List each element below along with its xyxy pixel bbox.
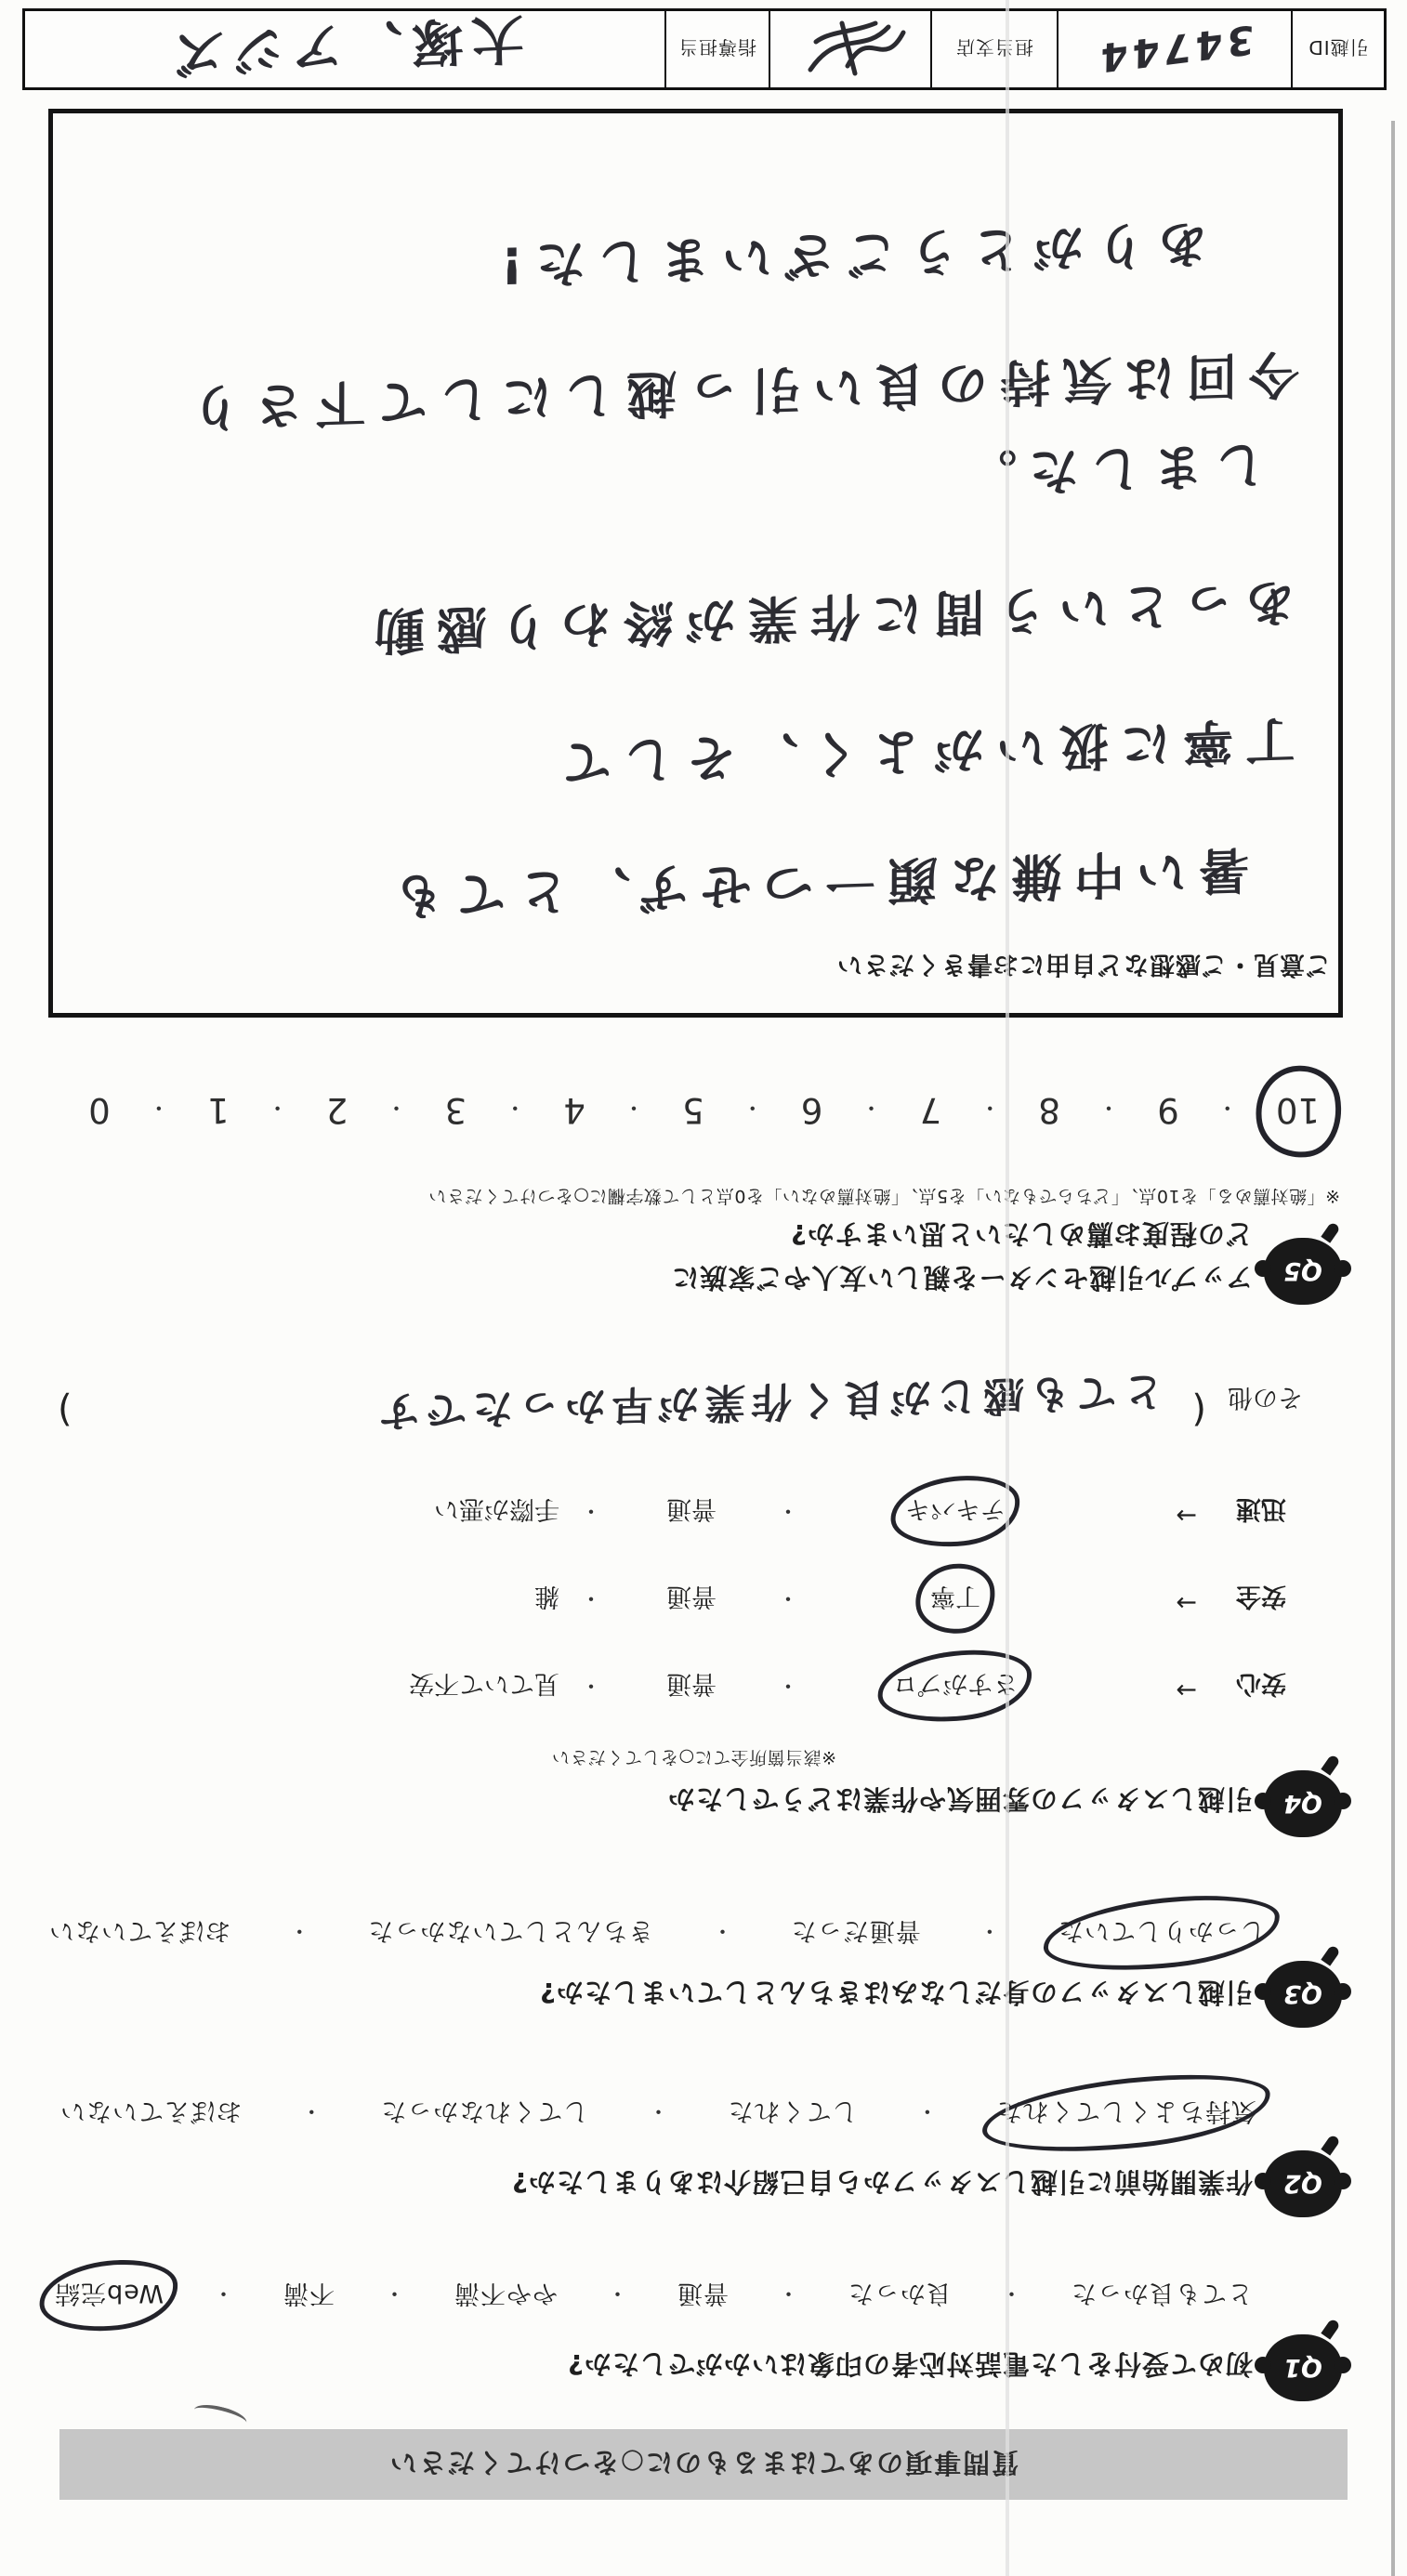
q1-option: 普通 [677,2278,729,2314]
scale-number: 2 [326,1090,348,1130]
q1-option: やや不満 [454,2278,558,2314]
q2-option-selected: 気持ちよくしてくれた [996,2096,1256,2132]
option-separator: ・ [606,2280,629,2312]
q3-badge: Q3 [1264,1961,1342,2028]
option-separator: ・ [1216,1094,1239,1126]
staff-table: 引越ID 34744 担当支店 指導担当 大塚、アジズ [22,8,1387,90]
scale-number: 4 [563,1090,585,1130]
q4-anzen-selected: 丁寧 [930,1581,980,1617]
q4-other-label: その他 [1228,1382,1303,1418]
option-separator: ・ [504,1094,526,1126]
option-separator: ・ [777,1584,799,1617]
q1-question: 初めて受付をした電話対応者の印象はいかがでしたか? [567,2346,1253,2385]
option-separator: ・ [777,1672,799,1704]
q1-badge-label: Q1 [1283,2354,1322,2383]
option-separator: ・ [978,1917,1001,1950]
q5-question-line1: アップル引越センターを親しい友人やご家族に [671,1260,1253,1298]
q4-row-label: 安心 [1236,1668,1286,1704]
scale-number: 10 [1276,1090,1320,1130]
q4-option: 手際が悪い [434,1493,559,1530]
paren-close: ) [58,1388,72,1431]
instructor-names: 大塚、アジズ [25,11,664,87]
scale-number: 8 [1038,1090,1060,1130]
q1-option: 良かった [848,2278,952,2314]
q1-option: Web完結 [54,2279,164,2307]
handwritten-line: 暑い中嫌な顔一つせず、とても [382,837,1249,936]
q2-badge-label: Q2 [1283,2170,1322,2199]
moving-id-label: 引越ID [1291,11,1384,87]
q4-option: 雑 [534,1581,559,1617]
arrow-icon: → [1176,1501,1197,1530]
q2-option: 気持ちよくしてくれた [996,2096,1256,2125]
q2-badge: Q2 [1264,2150,1342,2217]
option-separator: ・ [148,1094,170,1126]
option-separator: ・ [287,1917,310,1950]
q4-question: 引越しスタッフの雰囲気や作業はどうでしたか [667,1781,1253,1820]
handwritten-line: しました。 [954,432,1266,514]
scale-number: 1 [207,1090,230,1130]
scale-number: 9 [1157,1090,1179,1130]
q2-question: 作業開始前に引越しスタッフから自己紹介はありましたか? [511,2164,1253,2202]
option-separator: ・ [385,1094,407,1126]
q2-options: 気持ちよくしてくれた ・ してくれた ・ してくれなかった ・ おぼえていない [59,2096,1256,2132]
q1-badge: Q1 [1264,2334,1342,2401]
scale-number: 6 [801,1090,823,1130]
q3-option: しっかりしていた [1058,1916,1266,1945]
q4-option: 普通 [617,1493,766,1530]
handwritten-line: 今回は気持の良い引っ越しにして下さり [178,341,1299,448]
q2-option: してくれなかった [380,2096,588,2132]
q4-other-handwriting: とても感じが良く作業が早かったです [373,1365,1164,1445]
q5-question-line2: どの程度お薦めしたいと思いますか? [790,1216,1253,1255]
comment-box: ご意見・ご感想など自由にお書きください 暑い中嫌な顔一つせず、とても 丁寧に扱い… [48,109,1343,1018]
arrow-icon: → [1176,1676,1197,1704]
q1-options: とても良かった ・ 良かった ・ 普通 ・ やや不満 ・ 不満 ・ Web完結 [54,2278,1253,2314]
q4-option: 普通 [617,1581,766,1617]
q4-row-label: 迅速 [1236,1493,1286,1530]
option-separator: ・ [1098,1094,1120,1126]
q1-option: とても良かった [1071,2278,1253,2314]
option-separator: ・ [580,1497,602,1530]
option-separator: ・ [777,1497,799,1530]
q4-jinsoku-selected: テキパキ [905,1493,1006,1530]
q4-note: ※該当箇所全てに○をしてください [552,1746,837,1771]
option-separator: ・ [383,2280,406,2312]
q4-option: 見ていて不安 [409,1668,559,1704]
option-separator: ・ [647,2097,670,2130]
q5-badge: Q5 [1264,1238,1342,1305]
q3-option: きちんとしていなかった [367,1915,653,1952]
q3-option: おぼえていない [48,1915,230,1952]
handwritten-line: あっという間に作業が終わり感動 [362,570,1295,671]
q3-question: 引越しスタッフの身だしなみはきちんとしていましたか? [539,1975,1253,2013]
option-separator: ・ [711,1917,734,1950]
comment-box-label: ご意見・ご感想など自由にお書きください [836,949,1331,985]
q4-other-row: その他 ( とても感じが良く作業が早かったです ) [58,1362,1303,1440]
branch-signature-scribble [781,20,920,79]
q2-option: おぼえていない [59,2096,242,2132]
title-bar-text: 質問事項のあてはまるものに○をつけてください [388,2446,1019,2484]
option-separator: ・ [915,2097,939,2130]
survey-sheet: 質問事項のあてはまるものに○をつけてください Q1 初めて受付をした電話対応者の… [0,0,1407,2576]
arrow-icon: → [1176,1588,1197,1617]
paren-open: ( [1191,1388,1206,1431]
option-separator: ・ [580,1584,602,1617]
q4-row-label: 安全 [1236,1581,1286,1617]
scale-number: 3 [445,1090,467,1130]
q2-option: してくれた [728,2096,858,2132]
q3-option-selected: しっかりしていた [1058,1915,1266,1952]
handwritten-line: 丁寧に扱いがよく、そして [549,707,1295,802]
q4-option: テキパキ [905,1494,1006,1523]
q4-option: 丁寧 [930,1582,980,1610]
q5-rating-scale: 10 ・ 9 ・ 8 ・ 7 ・ 6 ・ 5 ・ 4 ・ 3 ・ 2 ・ 1 ・… [88,1090,1320,1130]
option-separator: ・ [212,2280,235,2312]
q4-badge-label: Q4 [1283,1790,1322,1819]
q3-option: 普通だった [791,1915,921,1952]
option-separator: ・ [1000,2280,1023,2312]
option-separator: ・ [777,2280,800,2312]
option-separator: ・ [623,1094,645,1126]
title-bar: 質問事項のあてはまるものに○をつけてください [59,2429,1348,2500]
q1-option: 不満 [283,2278,335,2314]
q3-badge-label: Q3 [1283,1980,1322,2009]
option-separator: ・ [742,1094,764,1126]
option-separator: ・ [861,1094,883,1126]
instructor-label: 指導担当 [664,11,769,87]
option-separator: ・ [979,1094,1001,1126]
q5-badge-label: Q5 [1283,1257,1322,1286]
q4-badge: Q4 [1264,1770,1342,1837]
q4-anshin-selected: さすがプロ [893,1668,1019,1704]
q4-option: さすがプロ [893,1669,1019,1698]
q3-options: しっかりしていた ・ 普通だった ・ きちんとしていなかった ・ おぼえていない [48,1915,1266,1952]
option-separator: ・ [580,1672,602,1704]
option-separator: ・ [267,1094,289,1126]
scale-number: 7 [920,1090,942,1130]
q1-option-selected: Web完結 [54,2278,164,2314]
scale-number: 0 [88,1090,111,1130]
moving-id-value: 34744 [1057,11,1291,87]
branch-signature [769,11,930,87]
option-separator: ・ [299,2097,322,2130]
handwritten-line: ありがとうございました! [488,211,1208,305]
q5-scale-selected: 10 [1276,1090,1320,1130]
scale-number: 5 [682,1090,704,1130]
q4-option: 普通 [617,1668,766,1704]
branch-label: 担当支店 [930,11,1057,87]
q5-note: ※「絶対薦める」を10点、「どちらでもない」を5点、「絶対薦めない」を0点として… [428,1185,1340,1210]
